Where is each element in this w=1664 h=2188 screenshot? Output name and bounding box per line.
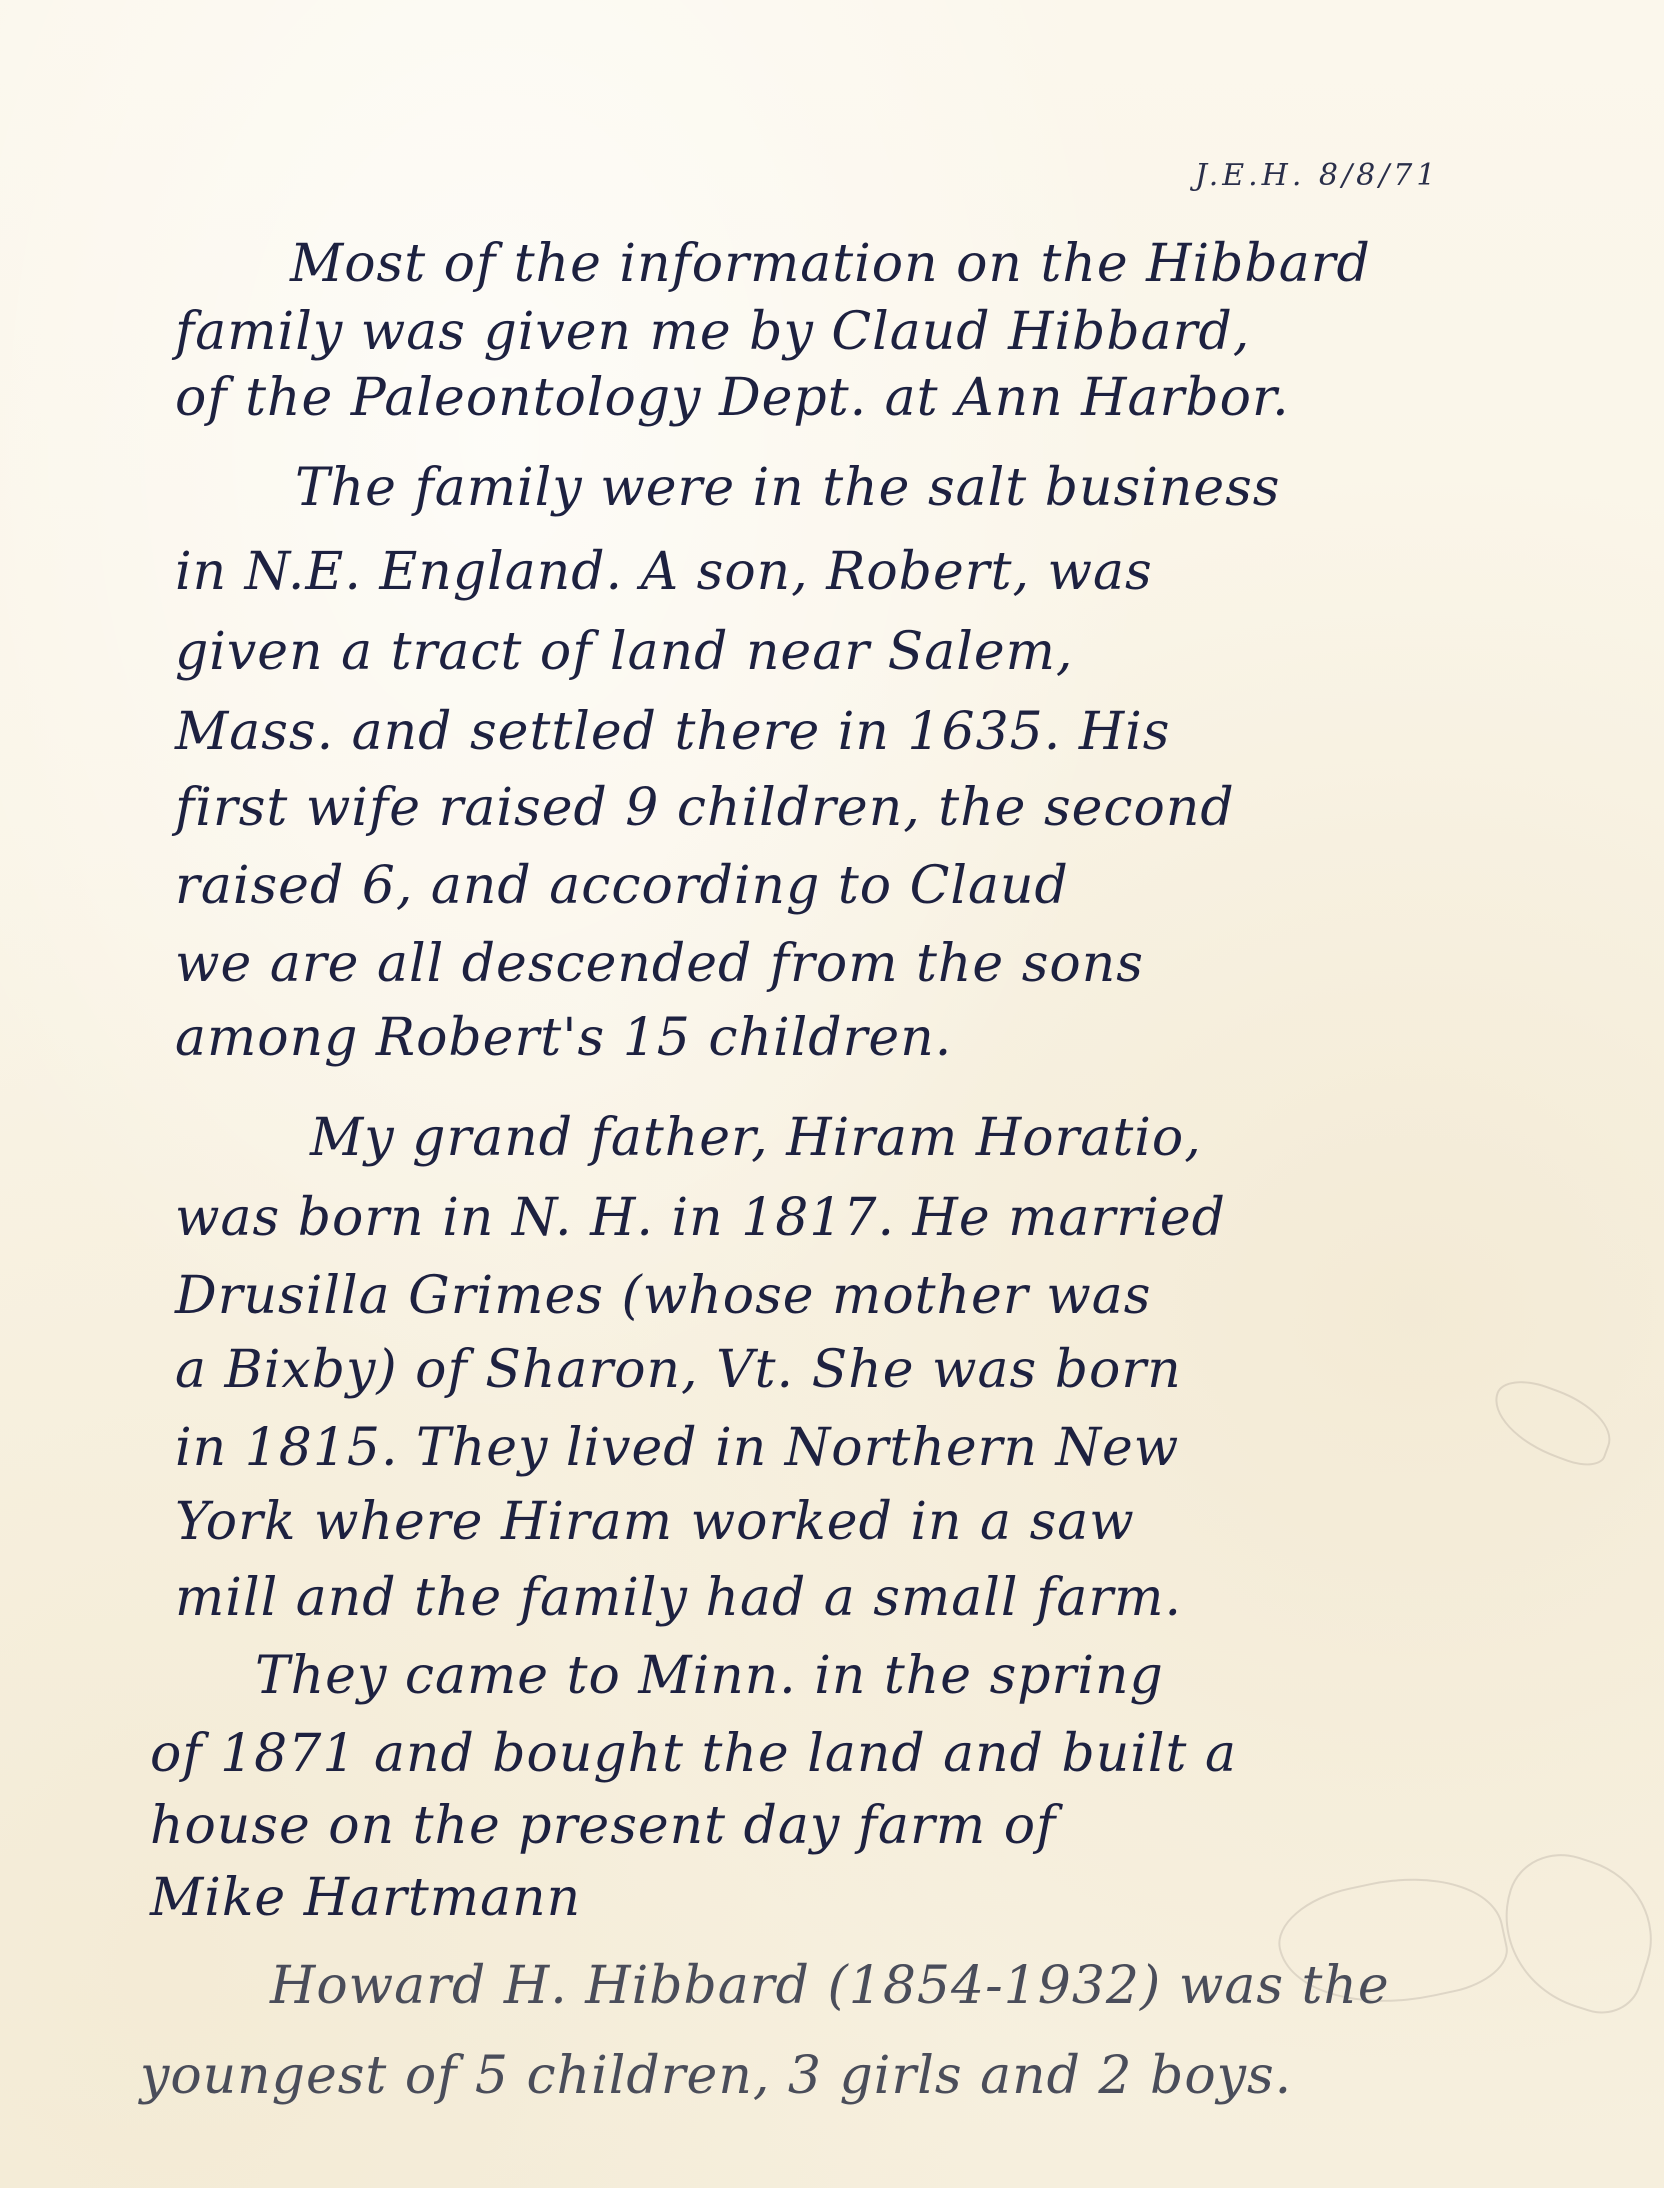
text-line: house on the present day farm of — [150, 1800, 1056, 1852]
text-line: was born in N. H. in 1817. He married — [175, 1192, 1226, 1244]
text-line: Mass. and settled there in 1635. His — [175, 706, 1171, 758]
text-line: of 1871 and bought the land and built a — [150, 1728, 1237, 1780]
text-line: The family were in the salt business — [295, 462, 1280, 514]
text-line: York where Hiram worked in a saw — [175, 1496, 1135, 1548]
text-line: Mike Hartmann — [150, 1872, 581, 1924]
text-line: in N.E. England. A son, Robert, was — [175, 546, 1153, 598]
text-line: given a tract of land near Salem, — [175, 626, 1073, 678]
text-line: among Robert's 15 children. — [175, 1012, 952, 1064]
text-line: a Bixby) of Sharon, Vt. She was born — [175, 1344, 1182, 1396]
author-initials-date: J.E.H. 8/8/71 — [1195, 158, 1439, 193]
text-line: Most of the information on the Hibbard — [290, 238, 1371, 290]
text-line: we are all descended from the sons — [175, 938, 1144, 990]
text-line: Howard H. Hibbard (1854-1932) was the — [270, 1960, 1390, 2012]
text-line: youngest of 5 children, 3 girls and 2 bo… — [140, 2050, 1292, 2102]
text-line: Drusilla Grimes (whose mother was — [175, 1270, 1151, 1322]
text-line: of the Paleontology Dept. at Ann Harbor. — [175, 372, 1290, 424]
text-line: first wife raised 9 children, the second — [175, 782, 1235, 834]
text-line: in 1815. They lived in Northern New — [175, 1422, 1179, 1474]
text-line: mill and the family had a small farm. — [175, 1572, 1182, 1624]
text-line: raised 6, and according to Claud — [175, 860, 1069, 912]
text-line: family was given me by Claud Hibbard, — [175, 306, 1250, 358]
text-line: My grand father, Hiram Horatio, — [310, 1112, 1202, 1164]
text-line: They came to Minn. in the spring — [255, 1650, 1164, 1702]
